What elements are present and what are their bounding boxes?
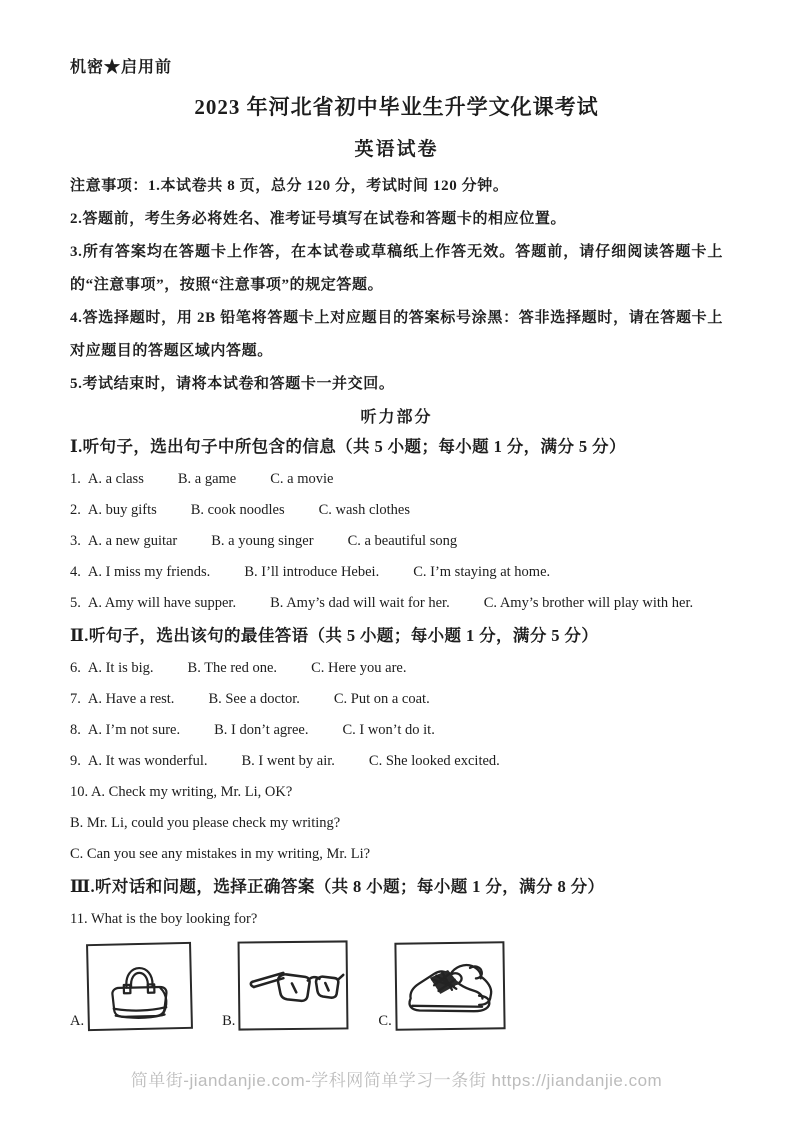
classified-label: 机密★启用前: [70, 58, 723, 78]
option-b: B. cook noodles: [191, 502, 285, 518]
question-row-5: 5.A. Amy will have supper.B. Amy’s dad w…: [70, 594, 723, 613]
option-c: C. wash clothes: [319, 502, 410, 518]
notice-item-2: 2.答题前，考生务必将姓名、准考证号填写在试卷和答题卡的相应位置。: [70, 203, 723, 236]
question-number: 3.: [70, 533, 81, 549]
option-a: A. It is big.: [88, 660, 154, 676]
paper-subtitle: 英语试卷: [70, 138, 723, 162]
listening-part-title: 听力部分: [70, 401, 723, 434]
notice-item-1: 注意事项：1.本试卷共 8 页，总分 120 分，考试时间 120 分钟。: [70, 170, 723, 203]
option-a: A. Have a rest.: [88, 691, 175, 707]
notice-item-3: 3.所有答案均在答题卡上作答，在本试卷或草稿纸上作答无效。答题前，请仔细阅读答题…: [70, 236, 723, 302]
option-a: A. I’m not sure.: [88, 722, 180, 738]
watermark-footer: 简单街-jiandanjie.com-学科网简单学习一条街 https://ji…: [0, 1066, 793, 1091]
question-row-7: 7.A. Have a rest.B. See a doctor.C. Put …: [70, 690, 723, 709]
question-row-2: 2.A. buy giftsB. cook noodlesC. wash clo…: [70, 501, 723, 520]
section1-heading: Ⅰ.听句子，选出句子中所包含的信息（共 5 小题；每小题 1 分，满分 5 分）: [70, 436, 723, 458]
picture-box-b: [238, 940, 349, 1030]
option-b: B. I’ll introduce Hebei.: [244, 564, 379, 580]
option-b: B. a young singer: [211, 533, 313, 549]
section3-heading: Ⅲ.听对话和问题，选择正确答案（共 8 小题；每小题 1 分，满分 8 分）: [70, 876, 723, 898]
exam-notices: 注意事项：1.本试卷共 8 页，总分 120 分，考试时间 120 分钟。 2.…: [70, 170, 723, 401]
picture-option-c: C.: [378, 942, 504, 1030]
option-c: C. a beautiful song: [348, 533, 458, 549]
question-number: 9.: [70, 753, 81, 769]
option-b: B. I don’t agree.: [214, 722, 308, 738]
option-a: A. It was wonderful.: [88, 753, 208, 769]
question-row-8: 8.A. I’m not sure.B. I don’t agree.C. I …: [70, 721, 723, 740]
option-b: B. Amy’s dad will wait for her.: [270, 595, 450, 611]
question-11-picture-options: A. B.: [70, 941, 723, 1030]
picture-option-b: B.: [222, 941, 348, 1030]
question-row-4: 4.A. I miss my friends.B. I’ll introduce…: [70, 563, 723, 582]
option-c: C. a movie: [270, 471, 333, 487]
option-a: A. I miss my friends.: [88, 564, 210, 580]
option-c: C. Here you are.: [311, 660, 406, 676]
option-b: B. The red one.: [188, 660, 278, 676]
question-number: 2.: [70, 502, 81, 518]
option-b: B. a game: [178, 471, 236, 487]
picture-option-a-label: A.: [70, 1013, 84, 1030]
picture-option-c-label: C.: [378, 1013, 391, 1030]
option-c: C. She looked excited.: [369, 753, 500, 769]
option-b: B. See a doctor.: [208, 691, 299, 707]
question-number: 8.: [70, 722, 81, 738]
question-row-9: 9.A. It was wonderful.B. I went by air.C…: [70, 752, 723, 771]
handbag-icon: [88, 944, 191, 1029]
section2-heading: Ⅱ.听句子，选出该句的最佳答语（共 5 小题；每小题 1 分，满分 5 分）: [70, 625, 723, 647]
option-a: A. a class: [88, 471, 144, 487]
exam-paper-page: 机密★启用前 2023 年河北省初中毕业生升学文化课考试 英语试卷 注意事项：1…: [0, 0, 793, 1122]
question-row-6: 6.A. It is big.B. The red one.C. Here yo…: [70, 659, 723, 678]
question-number: 1.: [70, 471, 81, 487]
option-a: A. buy gifts: [88, 502, 157, 518]
question-row-3: 3.A. a new guitarB. a young singerC. a b…: [70, 532, 723, 551]
question-10-option-b: B. Mr. Li, could you please check my wri…: [70, 814, 723, 833]
picture-box-a: [86, 942, 193, 1031]
picture-option-a: A.: [70, 943, 192, 1030]
option-c: C. I won’t do it.: [342, 722, 434, 738]
question-number: 6.: [70, 660, 81, 676]
notice-item-4: 4.答选择题时，用 2B 铅笔将答题卡上对应题目的答案标号涂黑：答非选择题时，请…: [70, 302, 723, 368]
picture-box-c: [394, 941, 505, 1031]
question-11: 11. What is the boy looking for?: [70, 910, 723, 929]
option-b: B. I went by air.: [241, 753, 334, 769]
option-a: A. Amy will have supper.: [88, 595, 236, 611]
option-c: C. Amy’s brother will play with her.: [484, 595, 693, 611]
page-title: 2023 年河北省初中毕业生升学文化课考试: [70, 94, 723, 120]
question-number: 7.: [70, 691, 81, 707]
option-c: C. I’m staying at home.: [413, 564, 550, 580]
question-number: 5.: [70, 595, 81, 611]
question-row-1: 1.A. a classB. a gameC. a movie: [70, 470, 723, 489]
option-a: A. a new guitar: [88, 533, 177, 549]
picture-option-b-label: B.: [222, 1013, 235, 1030]
sneakers-icon: [396, 943, 503, 1028]
notice-item-5: 5.考试结束时，请将本试卷和答题卡一并交回。: [70, 368, 723, 401]
question-10-option-c: C. Can you see any mistakes in my writin…: [70, 845, 723, 864]
option-c: C. Put on a coat.: [334, 691, 430, 707]
sunglasses-icon: [240, 942, 347, 1028]
question-10-option-a: 10. A. Check my writing, Mr. Li, OK?: [70, 783, 723, 802]
question-number: 4.: [70, 564, 81, 580]
